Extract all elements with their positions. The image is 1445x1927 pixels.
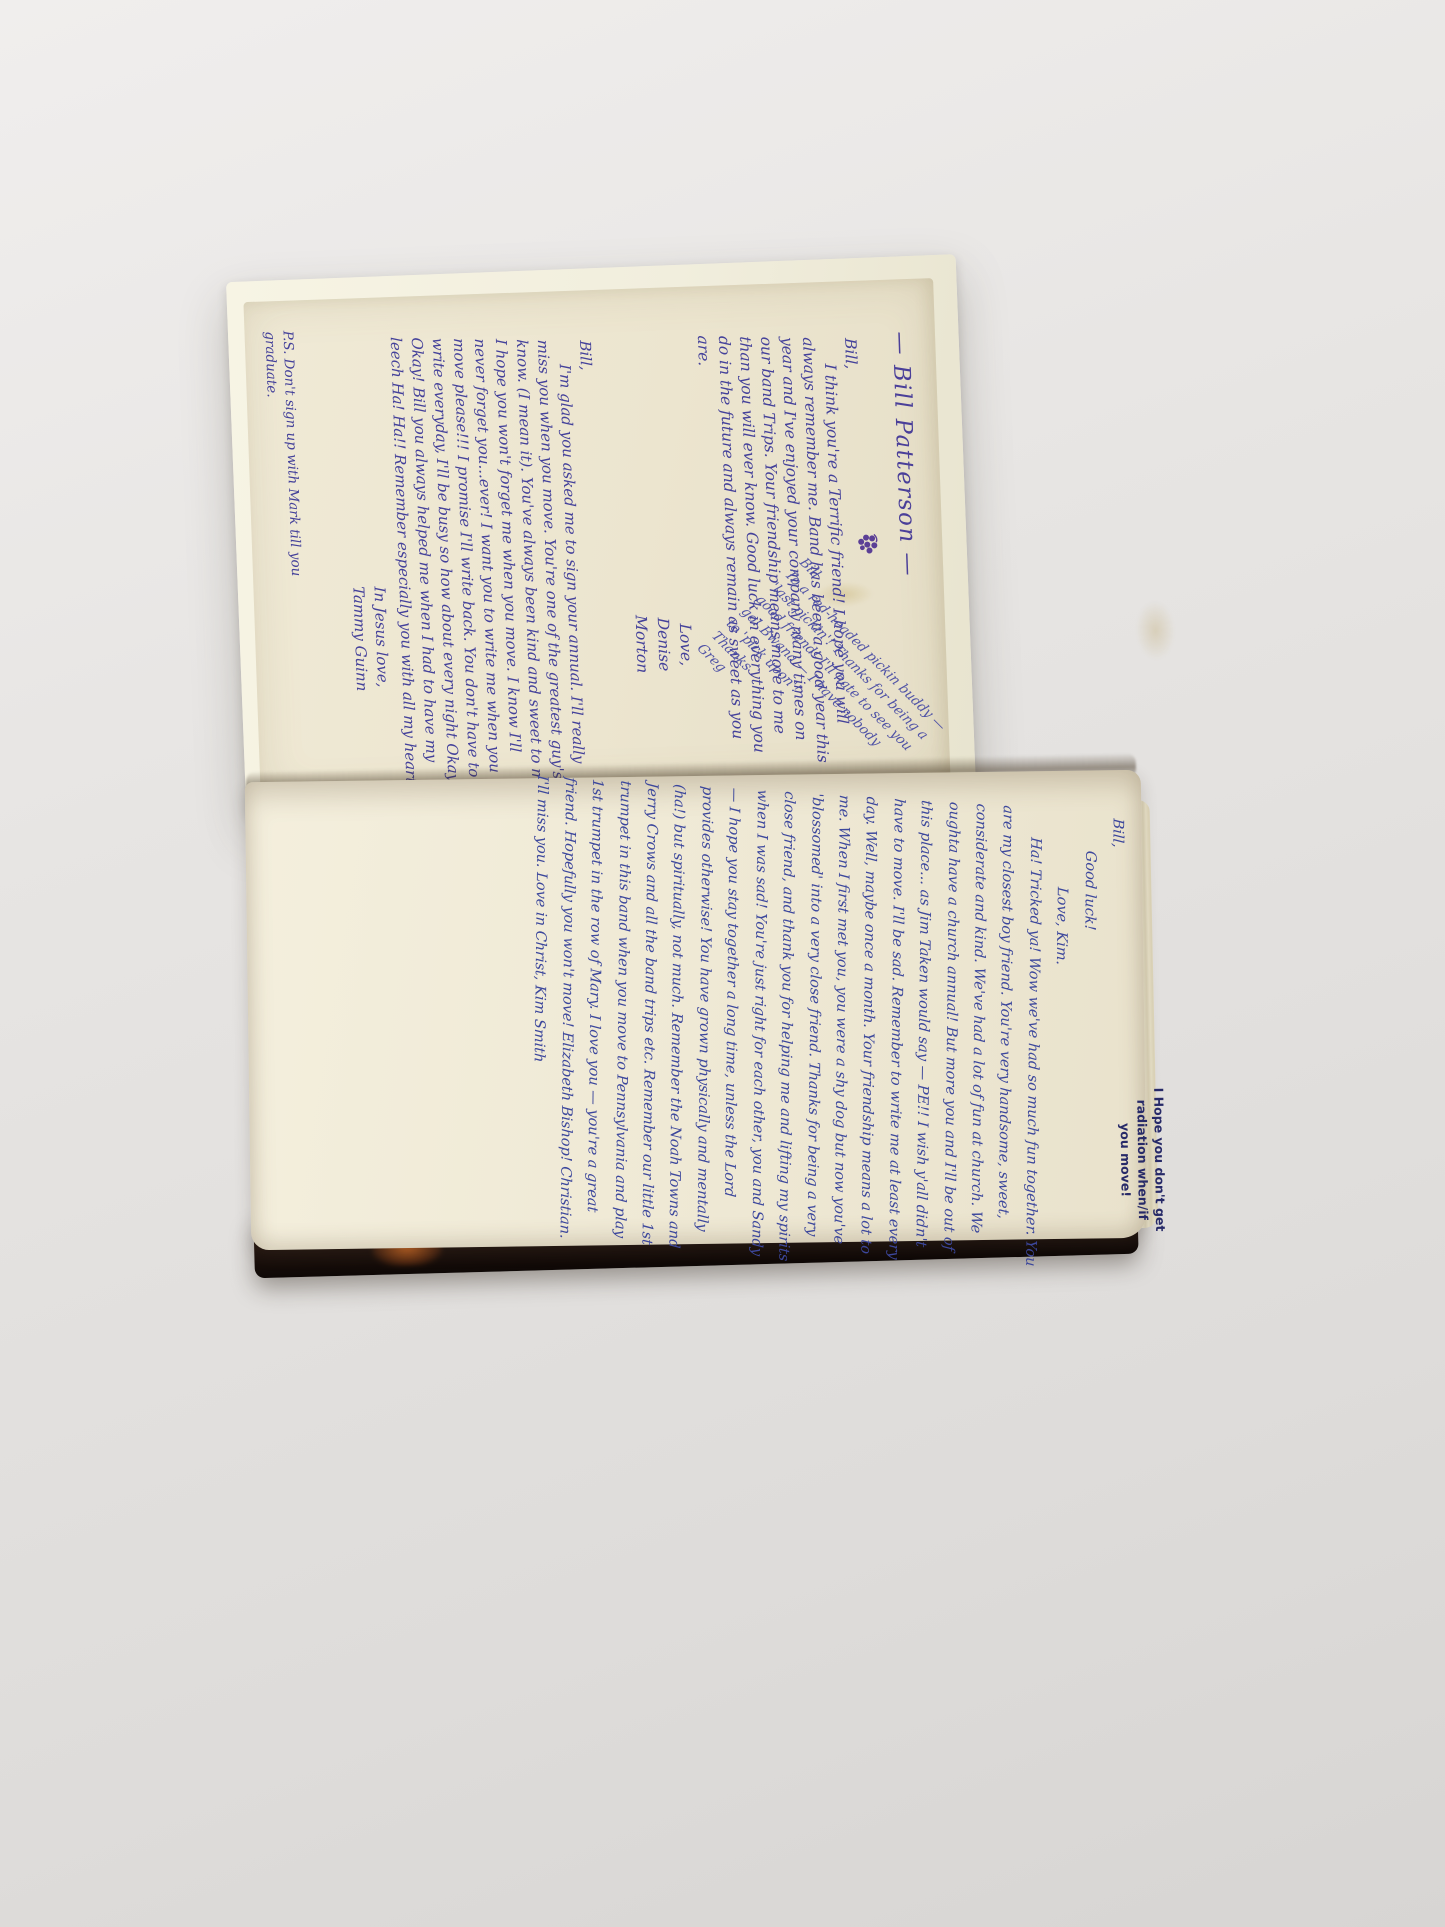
kim-note: Bill, Good luck! Love, Kim. Ha! Tricked …: [276, 758, 1131, 1283]
flower-doodle-icon: [848, 528, 881, 557]
radiation-edge-note: I Hope you don't get radiation when/if y…: [1101, 1069, 1170, 1250]
page-title: — Bill Patterson —: [877, 329, 922, 580]
bottom-page: Bill, Good luck! Love, Kim. Ha! Tricked …: [245, 770, 1147, 1250]
tammy-body: I'm glad you asked me to sign your annua…: [385, 337, 590, 800]
denise-signature: Denise Morton: [628, 579, 677, 710]
tammy-note: Bill, I'm glad you asked me to sign your…: [265, 335, 611, 800]
top-page: — Bill Patterson — Bill, I think you're …: [243, 278, 950, 804]
page-stain: [1134, 600, 1176, 661]
denise-closing: Love,: [672, 580, 699, 710]
kim-body: Ha! Tricked ya! Wow we've had so much fu…: [522, 774, 1048, 1278]
kim-opener: Good luck!: [1070, 850, 1103, 1282]
kim-fake-closing: Love, Kim.: [1043, 886, 1075, 1280]
photo-backdrop: — Bill Patterson — Bill, I think you're …: [0, 0, 1445, 1927]
